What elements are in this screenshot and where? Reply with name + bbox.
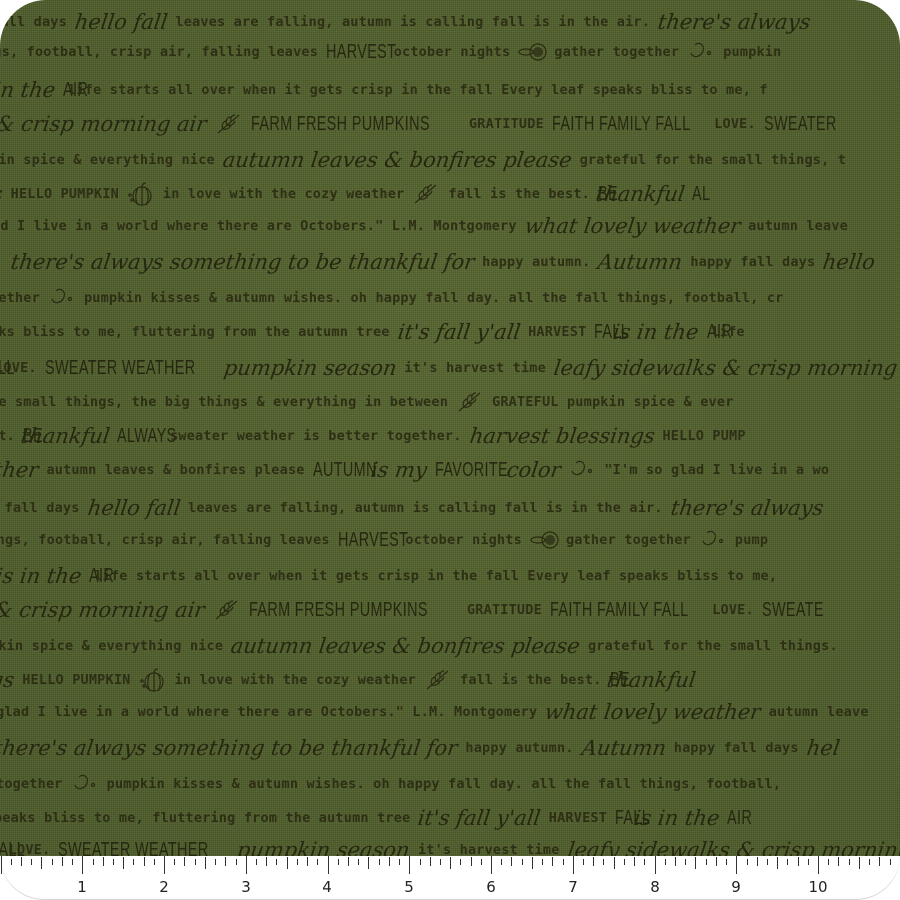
fabric-text-row: gsHELLO PUMPKINin love with the cozy wea… [0,662,704,696]
script-phrase: in the [0,73,58,107]
caps-phrase: SWEATE [762,593,824,627]
ruler-tick [798,857,799,866]
ruler-tick [726,859,727,865]
typewriter-phrase: aks bliss to me, fluttering from the aut… [0,315,390,349]
ruler-tick [481,859,482,865]
fabric-text-row: r.there's always something to be thankfu… [0,244,883,278]
script-phrase: it's fall y'all [416,801,543,835]
fabric-text-row: fall dayshello fallleaves are falling, a… [0,4,819,38]
typewriter-phrase: october nights [405,523,522,557]
caps-phrase: ALWAYS [117,419,177,453]
acorn-icon [568,457,598,483]
ruler-tick [93,859,94,865]
script-phrase: pumpkin season [235,833,412,857]
ruler-tick [634,857,635,866]
acorn-icon [699,527,729,553]
fabric-text-row: hings, football, crisp air, falling leav… [0,522,776,556]
fabric-text-row: togetherpumpkin kisses & autumn wishes. … [0,766,789,800]
script-phrase: Autumn [596,245,685,279]
script-phrase: autumn leaves & bonfires please [229,629,583,663]
ruler-tick [450,857,451,869]
fabric-text-row: y fall dayshello fallleaves are falling,… [0,490,831,524]
fabric-text-row: peaks bliss to me, fluttering from the a… [0,800,732,834]
caps-phrase: HARVEST [326,35,396,69]
ruler-tick [890,859,891,865]
script-phrase: is my [369,453,430,487]
acorn-icon [687,39,717,65]
script-phrase: is in the [0,559,84,593]
typewriter-phrase: peaks bliss to me, fluttering from the a… [0,801,410,835]
script-phrase: there's always [668,491,825,525]
ruler-tick [276,859,277,865]
fabric-swatch: fall dayshello fallleaves are falling, a… [0,0,900,856]
script-phrase: hel [804,731,841,765]
ruler-tick [869,859,870,865]
typewriter-phrase: together [0,767,63,801]
ruler-tick [236,859,237,865]
ruler-label-7: 7 [568,878,578,896]
fabric-text-row: kin spice & everything niceautumn leaves… [0,142,854,176]
typewriter-phrase: ad I live in a world where there are Oct… [0,209,517,243]
ruler-tick [266,857,267,866]
caps-phrase: FAVORITE [435,453,508,487]
ruler-label-5: 5 [404,878,414,896]
caps-phrase: AIR [727,801,752,835]
ruler-tick [716,857,717,866]
typewriter-phrase: hings, football, crisp air, falling leav… [0,523,330,557]
ruler-label-10: 10 [808,878,827,896]
fabric-text-row: ysHELLO PUMPKINin love with the cozy wea… [0,176,688,210]
ruler-tick [573,856,574,874]
ruler-tick [389,857,390,866]
script-phrase: it's fall y'all [395,315,522,349]
typewriter-phrase: happy autumn. [465,731,573,765]
ruler-tick [215,859,216,865]
ruler-tick [144,857,145,866]
ruler-tick [675,857,676,866]
ruler-tick [552,857,553,866]
ruler-tick [879,857,880,866]
flower-icon [518,39,548,65]
ruler-tick [205,857,206,869]
caps-phrase: SWEATER [764,107,837,141]
ruler-tick [31,859,32,865]
typewriter-phrase: st. [0,419,15,453]
typewriter-phrase: GRATITUDE [469,107,544,141]
ruler-tick [522,859,523,865]
pumpkin-icon [139,667,169,693]
ruler-tick [133,859,134,865]
fabric-text-row: aks bliss to me, fluttering from the aut… [0,314,753,348]
script-phrase: leafy sidewalks & crisp morning [552,351,900,385]
ruler-tick [532,857,533,869]
ruler-tick [644,859,645,865]
ruler-tick [297,859,298,865]
acorn-icon [71,771,101,797]
ruler-tick [685,859,686,865]
ruler-tick [420,859,421,865]
script-phrase: is in the [611,315,701,349]
typewriter-phrase: glad I live in a world where there are O… [0,695,537,729]
ruler-tick [1,856,2,874]
caps-phrase: FAITH FAMILY FALL [552,107,690,141]
script-phrase: there's always something to be thankful … [0,731,460,765]
ruler-label-6: 6 [486,878,496,896]
ruler-tick [501,859,502,865]
ruler-tick [593,857,594,866]
ruler-tick [317,859,318,865]
typewriter-phrase: GRATEFUL pumpkin spice & ever [492,385,734,419]
script-phrase: harvest blessings [467,419,657,453]
ruler-tick [736,856,737,874]
fabric-text-row: is in theAIRlife starts all over when it… [0,558,785,592]
typewriter-phrase: gether [0,281,40,315]
ruler-tick [777,857,778,869]
typewriter-phrase: pumpkin [723,35,781,69]
script-phrase: autumn leaves & bonfires please [220,143,574,177]
typewriter-phrase: GRATITUDE [467,593,542,627]
fabric-text-row: things, football, crisp air, falling lea… [0,34,790,68]
fabric-text-row: ad I live in a world where there are Oct… [0,208,856,242]
ruler-tick [542,859,543,865]
typewriter-phrase: LOVE. [9,833,51,857]
ruler-tick [82,856,83,874]
typewriter-phrase: in love with the cozy weather [175,663,417,697]
typewriter-phrase: LOVE. [714,107,756,141]
typewriter-phrase: pkin spice & everything nice [0,629,223,663]
ruler-label-9: 9 [731,878,741,896]
typewriter-phrase: HELLO PUMPKIN [11,177,119,211]
measurement-ruler: 1 2 3 4 5 6 7 8 9 10 [0,856,900,900]
ruler-tick [859,857,860,869]
typewriter-phrase: gather together [554,35,679,69]
script-phrase: what lovely weather [543,695,763,729]
script-phrase: & crisp morning air [0,593,207,627]
ruler-tick [818,856,819,874]
pumpkin-icon [127,181,157,207]
script-phrase: gs [0,663,17,697]
typewriter-phrase: LOVE. [712,593,754,627]
typewriter-phrase: autumn leave [748,209,848,243]
typewriter-phrase: grateful for the small things, t [580,143,847,177]
fabric-text-row: in theAIRlife starts all over when it ge… [0,72,776,106]
ruler-tick [695,857,696,869]
caps-phrase: HARVEST [338,523,408,557]
ruler-tick [368,857,369,869]
ruler-tick [511,857,512,866]
fabric-text-row: there's always something to be thankful … [0,730,847,764]
ruler-label-4: 4 [322,878,332,896]
ruler-tick [828,859,829,865]
ruler-tick [471,857,472,866]
ruler-tick [154,859,155,865]
script-phrase: thankful [605,663,699,697]
script-phrase: leafy sidewalks & crisp morning [565,833,900,857]
ruler-tick [287,857,288,869]
typewriter-phrase: in love with the cozy weather [163,177,405,211]
ruler-tick [113,859,114,865]
caps-phrase: SWEATER WEATHER [58,833,208,857]
fabric-text-row: he small things, the big things & everyt… [0,384,742,418]
script-phrase: is in the [631,801,721,835]
ruler-tick [328,856,329,874]
ruler-tick [123,857,124,869]
flower-icon [530,527,560,553]
ruler-tick [62,857,63,866]
ruler-tick [603,859,604,865]
ruler-tick [838,857,839,866]
script-phrase: what lovely weather [522,209,742,243]
fabric-text-row: & crisp morning airFARM FRESH PUMPKINSGR… [0,592,818,626]
ruler-tick [655,856,656,874]
typewriter-phrase: fall is the best. [448,177,590,211]
typewriter-phrase: things, football, crisp air, falling lea… [0,35,318,69]
ruler-tick [787,859,788,865]
typewriter-phrase: leaves are falling, autumn is calling fa… [188,491,663,525]
ruler-tick [225,857,226,866]
ruler-tick [808,859,809,865]
leaf-icon [424,667,454,693]
ruler-tick [103,857,104,866]
ruler-tick [72,859,73,865]
ruler-label-8: 8 [650,878,660,896]
typewriter-phrase: grateful for the small things. [588,629,838,663]
ruler-tick [665,859,666,865]
typewriter-phrase: happy fall days [690,245,815,279]
leaf-icon [213,597,243,623]
typewriter-phrase: he small things, the big things & everyt… [0,385,448,419]
caps-phrase: FARM FRESH PUMPKINS [251,107,430,141]
typewriter-phrase: y fall days [0,491,80,525]
script-phrase: pumpkin season [221,351,398,385]
fabric-text-row: st.BEthankfulALWAYSsweater weather is be… [0,418,754,452]
ruler-tick [164,856,165,874]
typewriter-phrase: fall is the best. [460,663,602,697]
typewriter-phrase: autumn leave [769,695,869,729]
typewriter-phrase: HELLO PUMPKIN [22,663,130,697]
ruler-tick [409,856,410,874]
ruler-tick [849,859,850,865]
ruler-tick [767,859,768,865]
ruler-tick [256,859,257,865]
ruler-tick [491,856,492,874]
fabric-text-row: FALLLOVE.SWEATER WEATHERpumpkin seasonit… [0,832,900,856]
ruler-tick [614,857,615,869]
ruler-tick [174,859,175,865]
caps-phrase: AL [692,177,710,211]
leaf-icon [412,181,442,207]
fabric-text-row: pkin spice & everything niceautumn leave… [0,628,846,662]
typewriter-phrase: r. [0,245,3,279]
ruler-tick [757,857,758,866]
script-phrase: thankful [18,419,112,453]
script-phrase: there's always something to be thankful … [8,245,476,279]
typewriter-phrase: october nights [394,35,511,69]
typewriter-phrase: life starts all over when it gets crisp … [94,559,777,593]
caps-phrase: FARM FRESH PUMPKINS [249,593,428,627]
script-phrase: hello fall [85,491,182,525]
script-phrase: Autumn [579,731,668,765]
caps-phrase: AUTUMN [313,453,377,487]
ruler-tick [460,859,461,865]
caps-phrase: SWEATER WEATHER [45,351,195,385]
typewriter-phrase: pumpkin kisses & autumn wishes. oh happy… [107,767,782,801]
ruler-tick [440,859,441,865]
typewriter-phrase: HARVEST [528,315,586,349]
typewriter-phrase: it's harvest time [404,351,546,385]
typewriter-phrase: HELLO PUMP [662,419,745,453]
ruler-tick [52,859,53,865]
ruler-tick [379,859,380,865]
ruler-tick [348,857,349,866]
typewriter-phrase: pumpkin kisses & autumn wishes. oh happy… [84,281,784,315]
typewriter-phrase: sweater weather is better together. [170,419,461,453]
ruler-tick [583,859,584,865]
typewriter-phrase: LOVE. [0,351,37,385]
typewriter-phrase: HARVEST [549,801,607,835]
ruler-tick [747,859,748,865]
ruler-label-3: 3 [241,878,251,896]
ruler-tick [399,859,400,865]
acorn-icon [48,285,78,311]
typewriter-phrase: kin spice & everything nice [0,143,215,177]
ruler-tick [21,857,22,866]
typewriter-phrase: happy fall days [674,731,799,765]
script-phrase: color [504,453,563,487]
typewriter-phrase: autumn leaves & bonfires please [46,453,304,487]
script-phrase: ther [0,453,41,487]
fabric-text-row: & crisp morning airFARM FRESH PUMPKINSGR… [0,106,835,140]
script-phrase: hello [821,245,878,279]
ruler-tick [358,859,359,865]
script-phrase: ys [0,177,5,211]
ruler-tick [430,857,431,866]
leaf-icon [456,389,486,415]
fabric-text-row: glad I live in a world where there are O… [0,694,877,728]
ruler-tick [624,859,625,865]
ruler-tick [11,859,12,865]
fabric-text-row: therautumn leaves & bonfires pleaseAUTUM… [0,452,837,486]
leaf-icon [215,111,245,137]
ruler-label-2: 2 [159,878,169,896]
ruler-tick [195,859,196,865]
ruler-tick [184,857,185,866]
typewriter-phrase: gather together [566,523,691,557]
ruler-tick [563,859,564,865]
script-phrase: & crisp morning air [0,107,209,141]
typewriter-phrase: life [711,315,744,349]
caps-phrase: FAITH FAMILY FALL [550,593,688,627]
typewriter-phrase: life starts all over when it gets crisp … [68,73,768,107]
fabric-text-row: getherpumpkin kisses & autumn wishes. oh… [0,280,792,314]
ruler-tick [307,857,308,866]
script-phrase: thankful [593,177,687,211]
ruler-tick [706,859,707,865]
typewriter-phrase: it's harvest time [418,833,560,857]
typewriter-phrase: pump [735,523,768,557]
ruler-tick [246,856,247,874]
typewriter-phrase: happy autumn. [482,245,590,279]
typewriter-phrase: "I'm so glad I live in a wo [604,453,829,487]
ruler-tick [338,859,339,865]
ruler-label-1: 1 [77,878,87,896]
fabric-text-row: ALLLOVE.SWEATER WEATHERpumpkin seasonit'… [0,350,900,384]
ruler-tick [41,857,42,869]
